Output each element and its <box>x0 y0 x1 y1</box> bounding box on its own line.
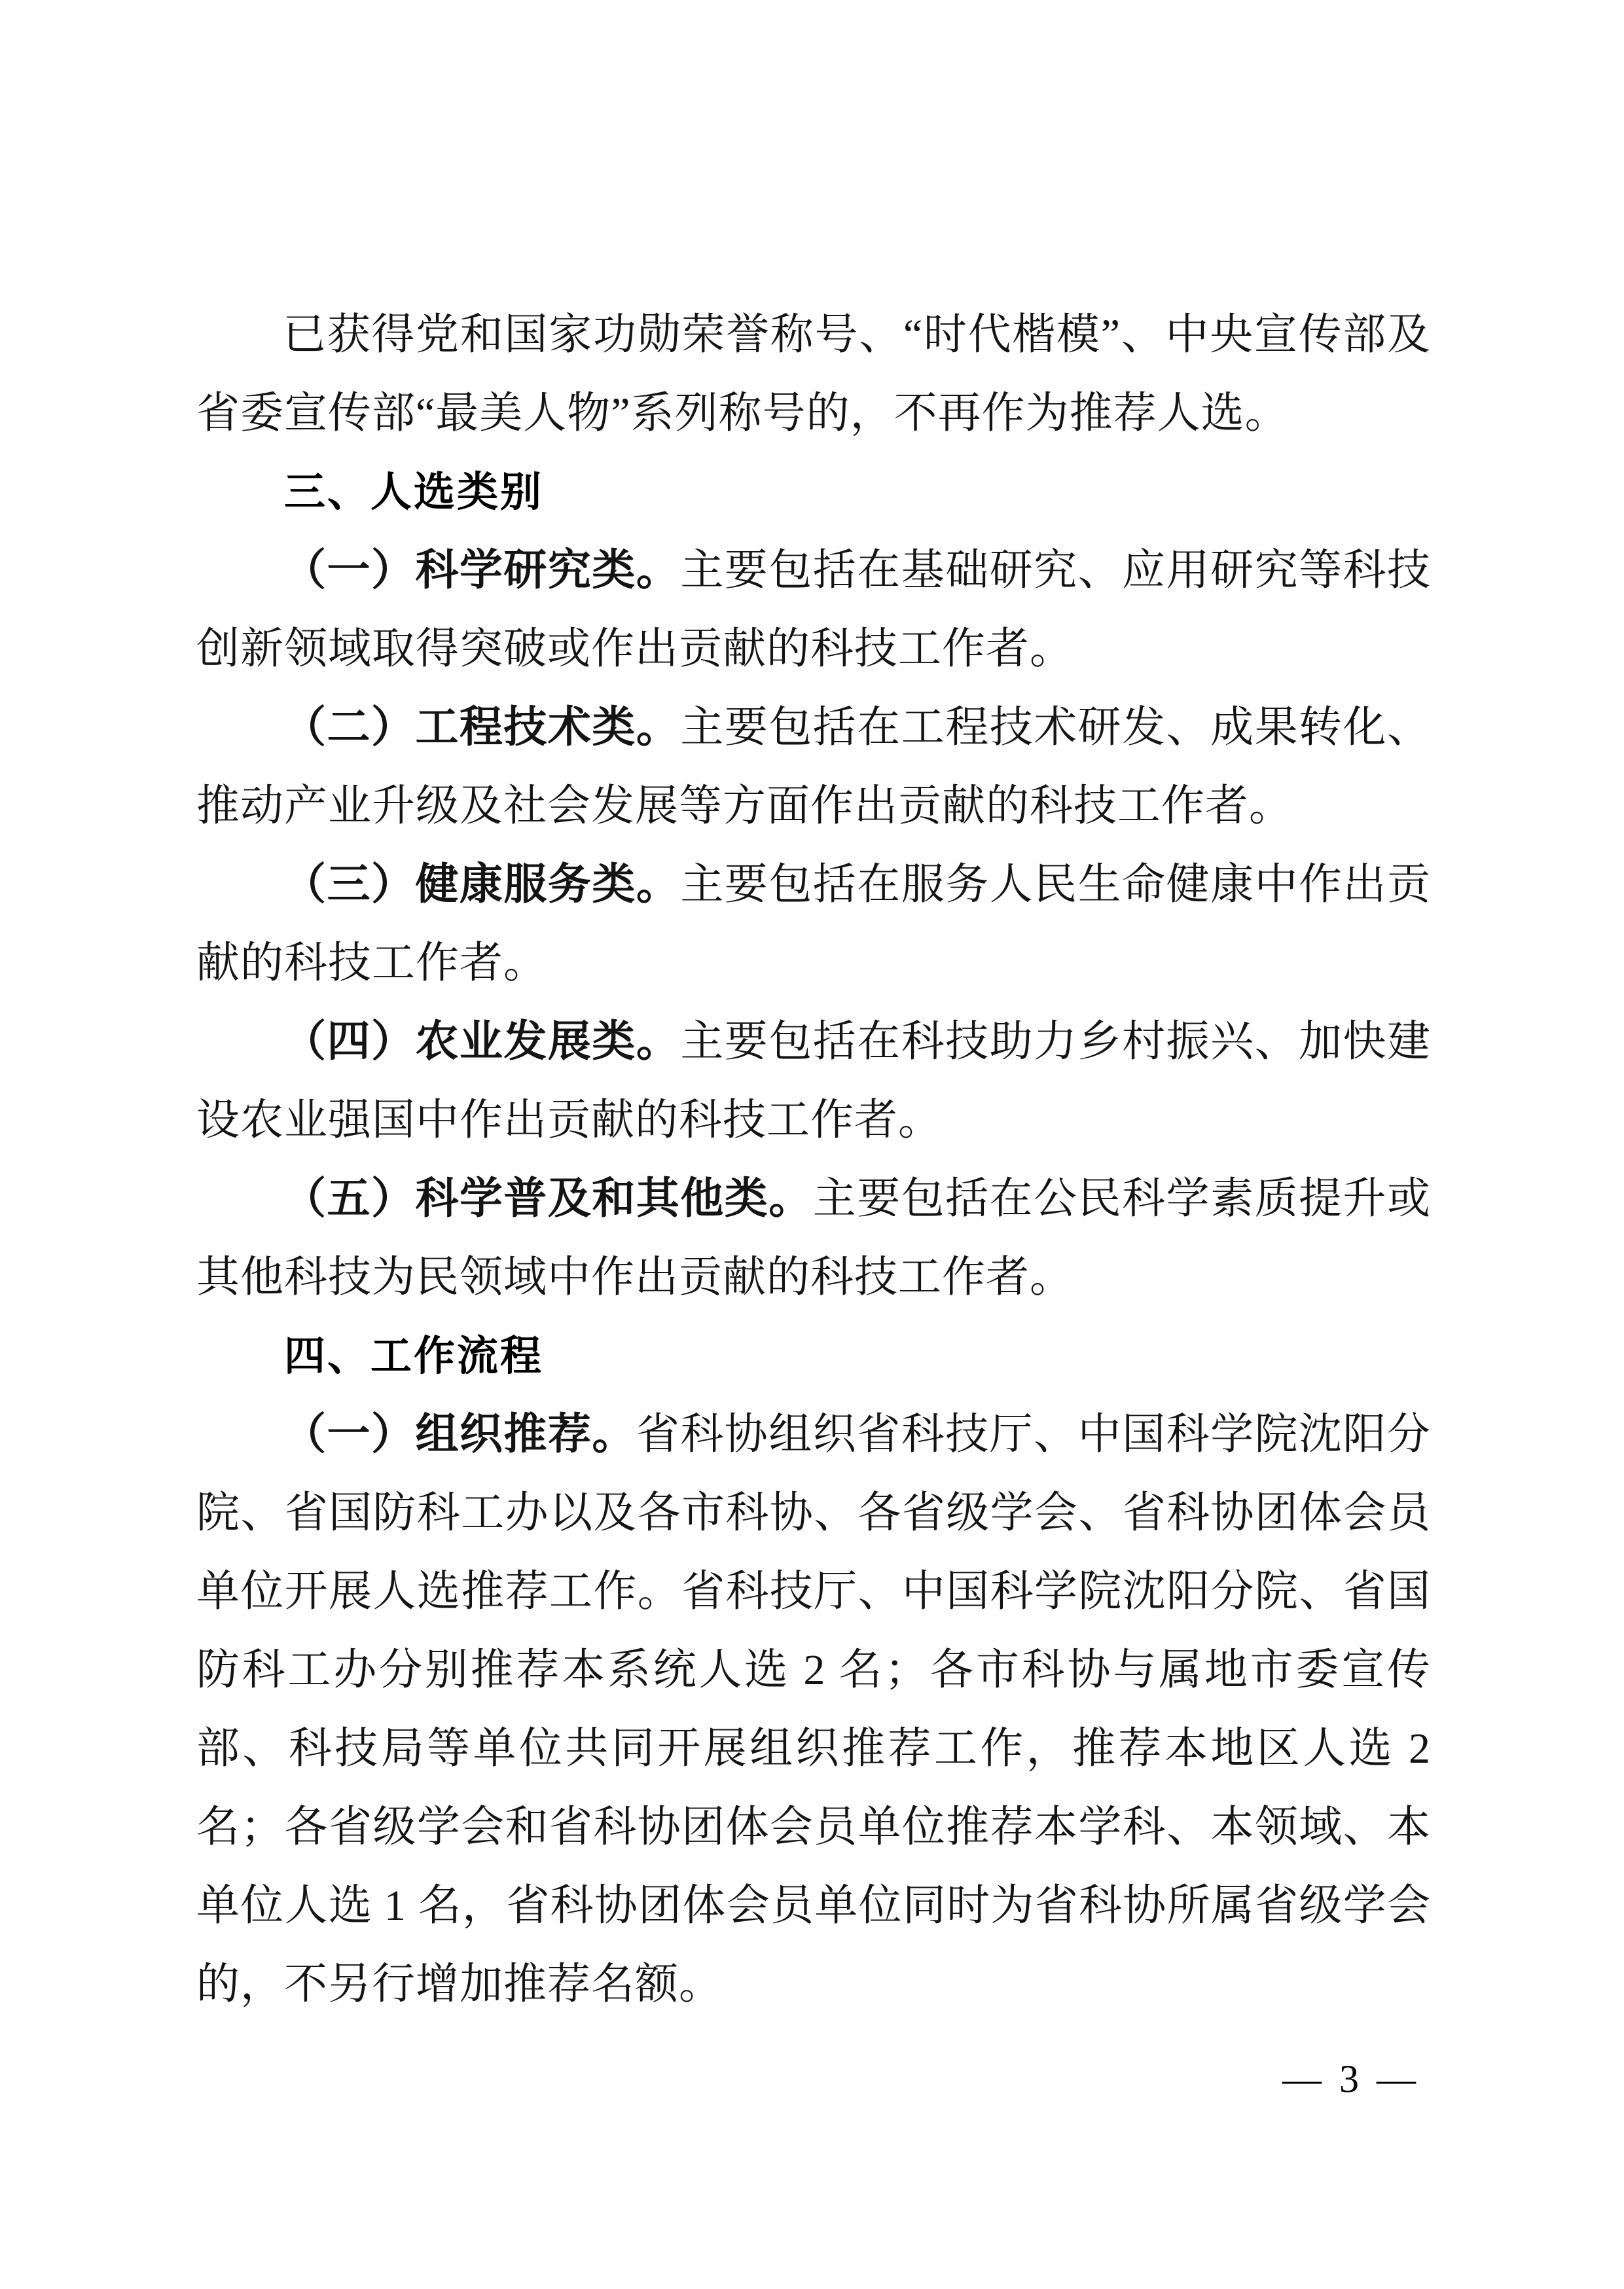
heading-candidate-categories: 三、人选类别 <box>196 453 1431 532</box>
category-health-service: （三）健康服务类。主要包括在服务人民生命健康中作出贡献的科技工作者。 <box>196 846 1431 1003</box>
page-number: — 3 — <box>1282 2055 1420 2102</box>
category-science-research-label: （一）科学研究类。 <box>283 547 680 594</box>
paragraph-organization-recommendation-label: （一）组织推荐。 <box>283 1411 636 1458</box>
category-health-service-label: （三）健康服务类。 <box>283 861 680 909</box>
document-page: 已获得党和国家功勋荣誉称号、“时代楷模”、中央宣传部及省委宣传部“最美人物”系列… <box>196 296 1431 2024</box>
paragraph-organization-recommendation: （一）组织推荐。省科协组织省科技厅、中国科学院沈阳分院、省国防科工办以及各市科协… <box>196 1396 1431 2024</box>
heading-work-process: 四、工作流程 <box>196 1317 1431 1396</box>
category-agriculture-development: （四）农业发展类。主要包括在科技助力乡村振兴、加快建设农业强国中作出贡献的科技工… <box>196 1003 1431 1160</box>
category-agriculture-development-label: （四）农业发展类。 <box>283 1018 680 1066</box>
paragraph-organization-recommendation-text: 省科协组织省科技厅、中国科学院沈阳分院、省国防科工办以及各市科协、各省级学会、省… <box>196 1411 1431 2008</box>
category-science-popularization: （五）科学普及和其他类。主要包括在公民科学素质提升或其他科技为民领域中作出贡献的… <box>196 1160 1431 1317</box>
category-science-research: （一）科学研究类。主要包括在基础研究、应用研究等科技创新领域取得突破或作出贡献的… <box>196 532 1431 689</box>
category-engineering-tech-label: （二）工程技术类。 <box>283 704 680 751</box>
category-science-popularization-label: （五）科学普及和其他类。 <box>283 1175 813 1223</box>
intro-paragraph-text: 已获得党和国家功勋荣誉称号、“时代楷模”、中央宣传部及省委宣传部“最美人物”系列… <box>196 311 1431 437</box>
category-engineering-tech: （二）工程技术类。主要包括在工程技术研发、成果转化、推动产业升级及社会发展等方面… <box>196 689 1431 846</box>
intro-paragraph: 已获得党和国家功勋荣誉称号、“时代楷模”、中央宣传部及省委宣传部“最美人物”系列… <box>196 296 1431 453</box>
